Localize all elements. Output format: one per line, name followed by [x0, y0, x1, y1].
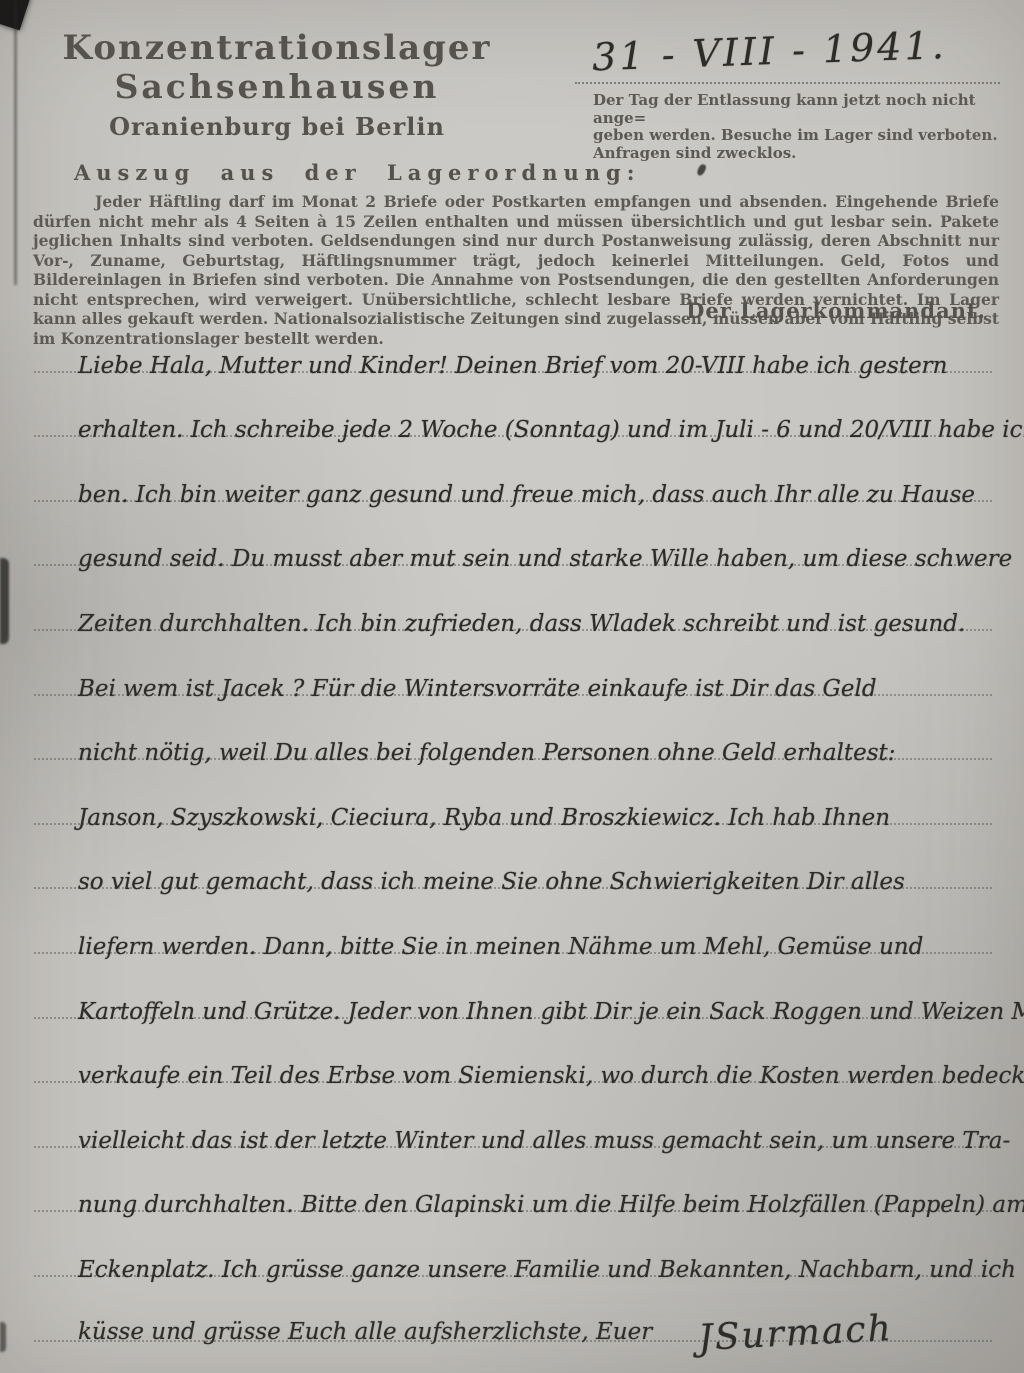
letter-line: Liebe Hala, Mutter und Kinder! Deinen Br…	[32, 318, 994, 383]
letter-line: ben. Ich bin weiter ganz gesund und freu…	[32, 447, 994, 512]
scan-edge-blob	[0, 558, 9, 644]
letter-line: verkaufe ein Teil des Erbse vom Siemiens…	[32, 1029, 994, 1094]
scan-edge-blob-bottom	[0, 1322, 6, 1352]
letter-line: Bei wem ist Jacek ? Für die Wintersvorrä…	[32, 641, 994, 706]
ink-speck	[696, 163, 707, 177]
letter-line-text: Zeiten durchhalten. Ich bin zufrieden, d…	[78, 611, 965, 637]
letter-line: Janson, Szyszkowski, Cieciura, Ryba und …	[32, 770, 994, 835]
letter-line: erhalten. Ich schreibe jede 2 Woche (Son…	[32, 383, 994, 448]
letter-line: Zeiten durchhalten. Ich bin zufrieden, d…	[32, 576, 994, 641]
handwritten-letter: Liebe Hala, Mutter und Kinder! Deinen Br…	[32, 318, 994, 1352]
camp-header: Konzentrationslager Sachsenhausen Oranie…	[62, 28, 492, 141]
letter-form-page: Konzentrationslager Sachsenhausen Oranie…	[0, 0, 1024, 1373]
release-notice: Der Tag der Entlassung kann jetzt noch n…	[575, 92, 1000, 162]
camp-name-line2: Sachsenhausen	[62, 68, 492, 106]
letter-line: nung durchhalten. Bitte den Glapinski um…	[32, 1158, 994, 1223]
letter-line-text: gesund seid. Du musst aber mut sein und …	[78, 546, 1012, 572]
letter-line-text: Bei wem ist Jacek ? Für die Wintersvorrä…	[78, 676, 877, 702]
letter-closing-text: küsse und grüsse Euch alle aufsherzlichs…	[78, 1307, 893, 1348]
letter-line-text: Kartoffeln und Grütze. Jeder von Ihnen g…	[78, 999, 1024, 1025]
camp-location: Oranienburg bei Berlin	[62, 112, 492, 141]
letter-line-text: verkaufe ein Teil des Erbse vom Siemiens…	[78, 1063, 1024, 1089]
letter-line-text: vielleicht das ist der letzte Winter und…	[78, 1128, 1010, 1154]
letter-line: liefern werden. Dann, bitte Sie in meine…	[32, 899, 994, 964]
letter-line: Kartoffeln und Grütze. Jeder von Ihnen g…	[32, 964, 994, 1029]
letter-line: so viel gut gemacht, dass ich meine Sie …	[32, 835, 994, 900]
date-block: 31 - VIII - 1941. Der Tag der Entlassung…	[575, 36, 1000, 162]
letter-line-text: ben. Ich bin weiter ganz gesund und freu…	[78, 482, 975, 508]
regulations-title: Auszug aus der Lagerordnung:	[74, 160, 640, 185]
handwritten-date: 31 - VIII - 1941.	[573, 21, 999, 80]
letter-line-text: erhalten. Ich schreibe jede 2 Woche (Son…	[78, 417, 1024, 443]
letter-line-text: Liebe Hala, Mutter und Kinder! Deinen Br…	[78, 353, 948, 379]
letter-line: nicht nötig, weil Du alles bei folgenden…	[32, 706, 994, 771]
camp-name-line1: Konzentrationslager	[62, 28, 492, 68]
letter-line-text: nicht nötig, weil Du alles bei folgenden…	[78, 740, 896, 766]
letter-line-text: nung durchhalten. Bitte den Glapinski um…	[78, 1192, 1024, 1218]
closing-words: küsse und grüsse Euch alle aufsherzlichs…	[78, 1319, 652, 1345]
letter-line: vielleicht das ist der letzte Winter und…	[32, 1093, 994, 1158]
letter-line-text: Eckenplatz. Ich grüsse ganze unsere Fami…	[78, 1257, 1016, 1283]
notice-line-1: Der Tag der Entlassung kann jetzt noch n…	[593, 92, 1000, 127]
notice-line-3: Anfragen sind zwecklos.	[593, 145, 1000, 163]
paper-crease	[14, 0, 17, 285]
letter-line-text: liefern werden. Dann, bitte Sie in meine…	[78, 934, 923, 960]
signature: JSurmach	[698, 1307, 894, 1358]
date-dotted-rule	[575, 82, 1000, 84]
letter-line: Eckenplatz. Ich grüsse ganze unsere Fami…	[32, 1222, 994, 1287]
letter-line-text: so viel gut gemacht, dass ich meine Sie …	[78, 869, 905, 895]
letter-closing-line: küsse und grüsse Euch alle aufsherzlichs…	[32, 1287, 994, 1352]
notice-line-2: geben werden. Besuche im Lager sind verb…	[593, 127, 1000, 145]
letter-line: gesund seid. Du musst aber mut sein und …	[32, 512, 994, 577]
letter-line-text: Janson, Szyszkowski, Cieciura, Ryba und …	[78, 805, 890, 831]
